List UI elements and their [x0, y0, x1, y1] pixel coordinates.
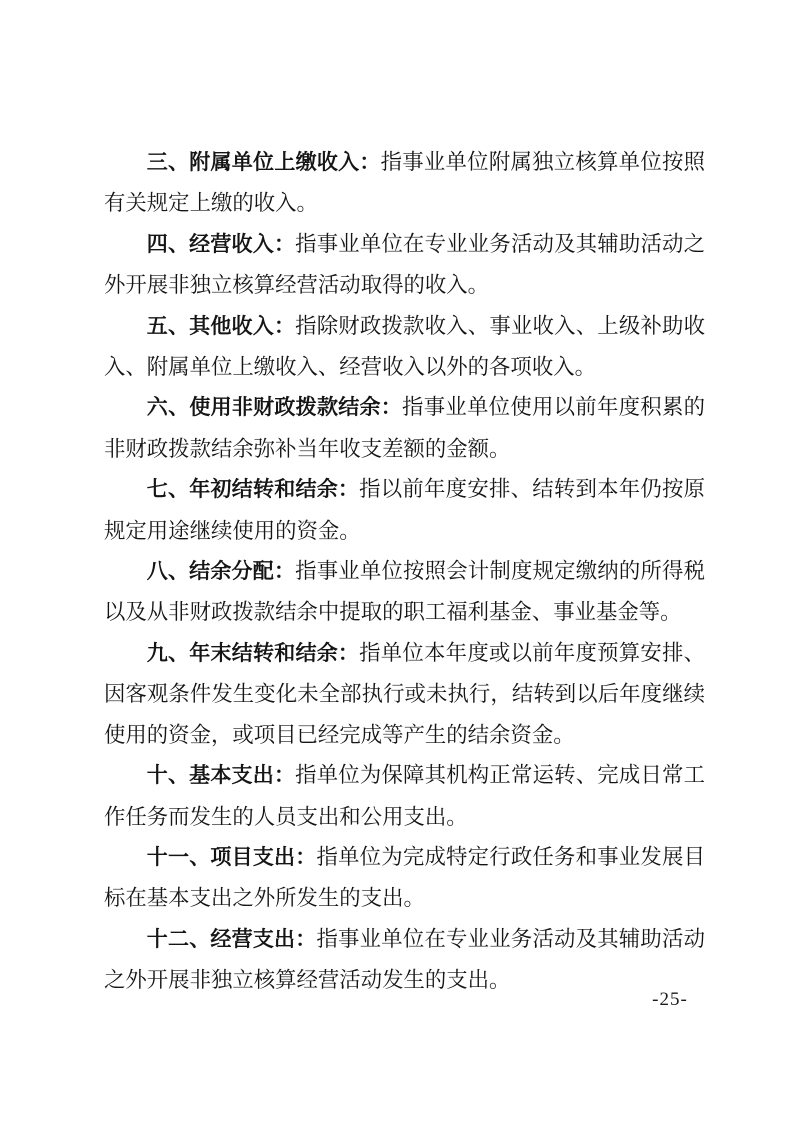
definition-term: 六、使用非财政拨款结余： — [147, 396, 402, 419]
definition-paragraph: 七、年初结转和结余：指以前年度安排、结转到本年仍按原规定用途继续使用的资金。 — [104, 469, 705, 551]
document-page: 三、附属单位上缴收入：指事业单位附属独立核算单位按照有关规定上缴的收入。 四、经… — [0, 0, 793, 1122]
definition-term: 十、基本支出： — [147, 764, 295, 787]
definition-term: 十一、项目支出： — [147, 846, 317, 869]
definition-paragraph: 四、经营收入：指事业单位在专业业务活动及其辅助活动之外开展非独立核算经营活动取得… — [104, 224, 705, 306]
definition-term: 八、结余分配： — [147, 560, 295, 583]
definition-paragraph: 十二、经营支出：指事业单位在专业业务活动及其辅助活动之外开展非独立核算经营活动发… — [104, 919, 705, 1001]
definition-term: 九、年末结转和结余： — [147, 642, 359, 665]
definition-paragraph: 九、年末结转和结余：指单位本年度或以前年度预算安排、因客观条件发生变化未全部执行… — [104, 633, 705, 755]
definition-paragraph: 十、基本支出：指单位为保障其机构正常运转、完成日常工作任务而发生的人员支出和公用… — [104, 755, 705, 837]
definition-paragraph: 六、使用非财政拨款结余：指事业单位使用以前年度积累的非财政拨款结余弥补当年收支差… — [104, 387, 705, 469]
definition-term: 五、其他收入： — [147, 315, 295, 338]
definition-term: 七、年初结转和结余： — [147, 478, 359, 501]
definition-term: 三、附属单位上缴收入： — [147, 151, 381, 174]
definition-paragraph: 三、附属单位上缴收入：指事业单位附属独立核算单位按照有关规定上缴的收入。 — [104, 142, 705, 224]
page-number: -25- — [630, 989, 710, 1011]
definition-paragraph: 八、结余分配：指事业单位按照会计制度规定缴纳的所得税以及从非财政拨款结余中提取的… — [104, 551, 705, 633]
definition-term: 十二、经营支出： — [147, 928, 317, 951]
definition-paragraph: 五、其他收入：指除财政拨款收入、事业收入、上级补助收入、附属单位上缴收入、经营收… — [104, 306, 705, 388]
definition-term: 四、经营收入： — [147, 233, 295, 256]
definition-paragraph: 十一、项目支出：指单位为完成特定行政任务和事业发展目标在基本支出之外所发生的支出… — [104, 837, 705, 919]
definitions-list: 三、附属单位上缴收入：指事业单位附属独立核算单位按照有关规定上缴的收入。 四、经… — [104, 142, 705, 1001]
